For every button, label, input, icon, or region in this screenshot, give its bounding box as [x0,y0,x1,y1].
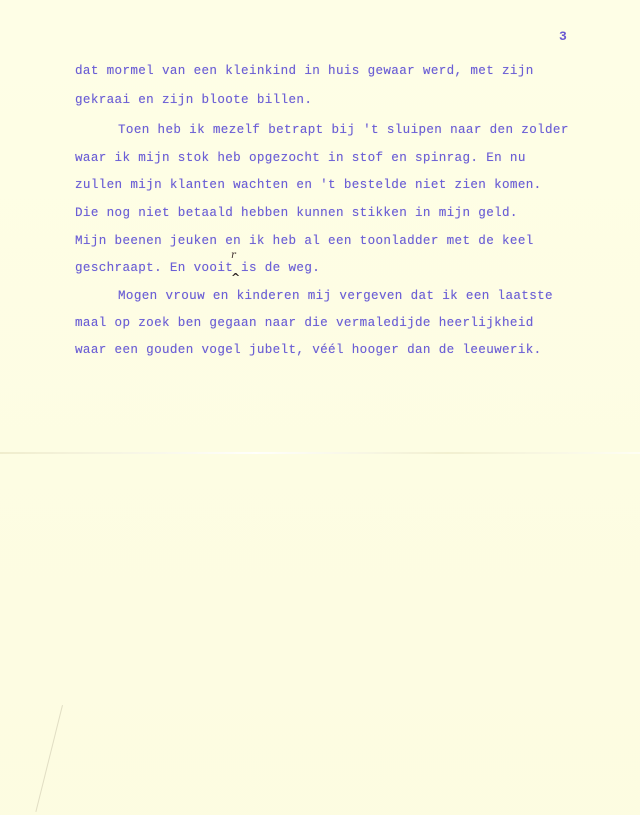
text-line: zullen mijn klanten wachten en 't bestel… [75,177,542,193]
handwritten-correction: r [231,250,236,261]
insertion-caret-icon: ^ [231,271,240,284]
text-line: Toen heb ik mezelf betrapt bij 't sluipe… [118,122,569,138]
text-line: gekraai en zijn bloote billen. [75,92,312,108]
text-line-with-correction: geschraapt. En vooit is de weg. [75,260,320,276]
text-line: dat mormel van een kleinkind in huis gew… [75,63,534,79]
text-line: Die nog niet betaald hebben kunnen stikk… [75,205,518,221]
paper-fold [0,452,640,454]
text-line: Mijn beenen jeuken en ik heb al een toon… [75,233,534,249]
text-line: waar ik mijn stok heb opgezocht in stof … [75,150,526,166]
text-line: maal op zoek ben gegaan naar die vermale… [75,315,534,331]
text-line: waar een gouden vogel jubelt, véél hooge… [75,342,542,358]
text-line: Mogen vrouw en kinderen mij vergeven dat… [118,288,553,304]
paper-scratch [35,705,63,812]
typewritten-page: 3 dat mormel van een kleinkind in huis g… [0,0,640,815]
page-number: 3 [559,29,567,44]
